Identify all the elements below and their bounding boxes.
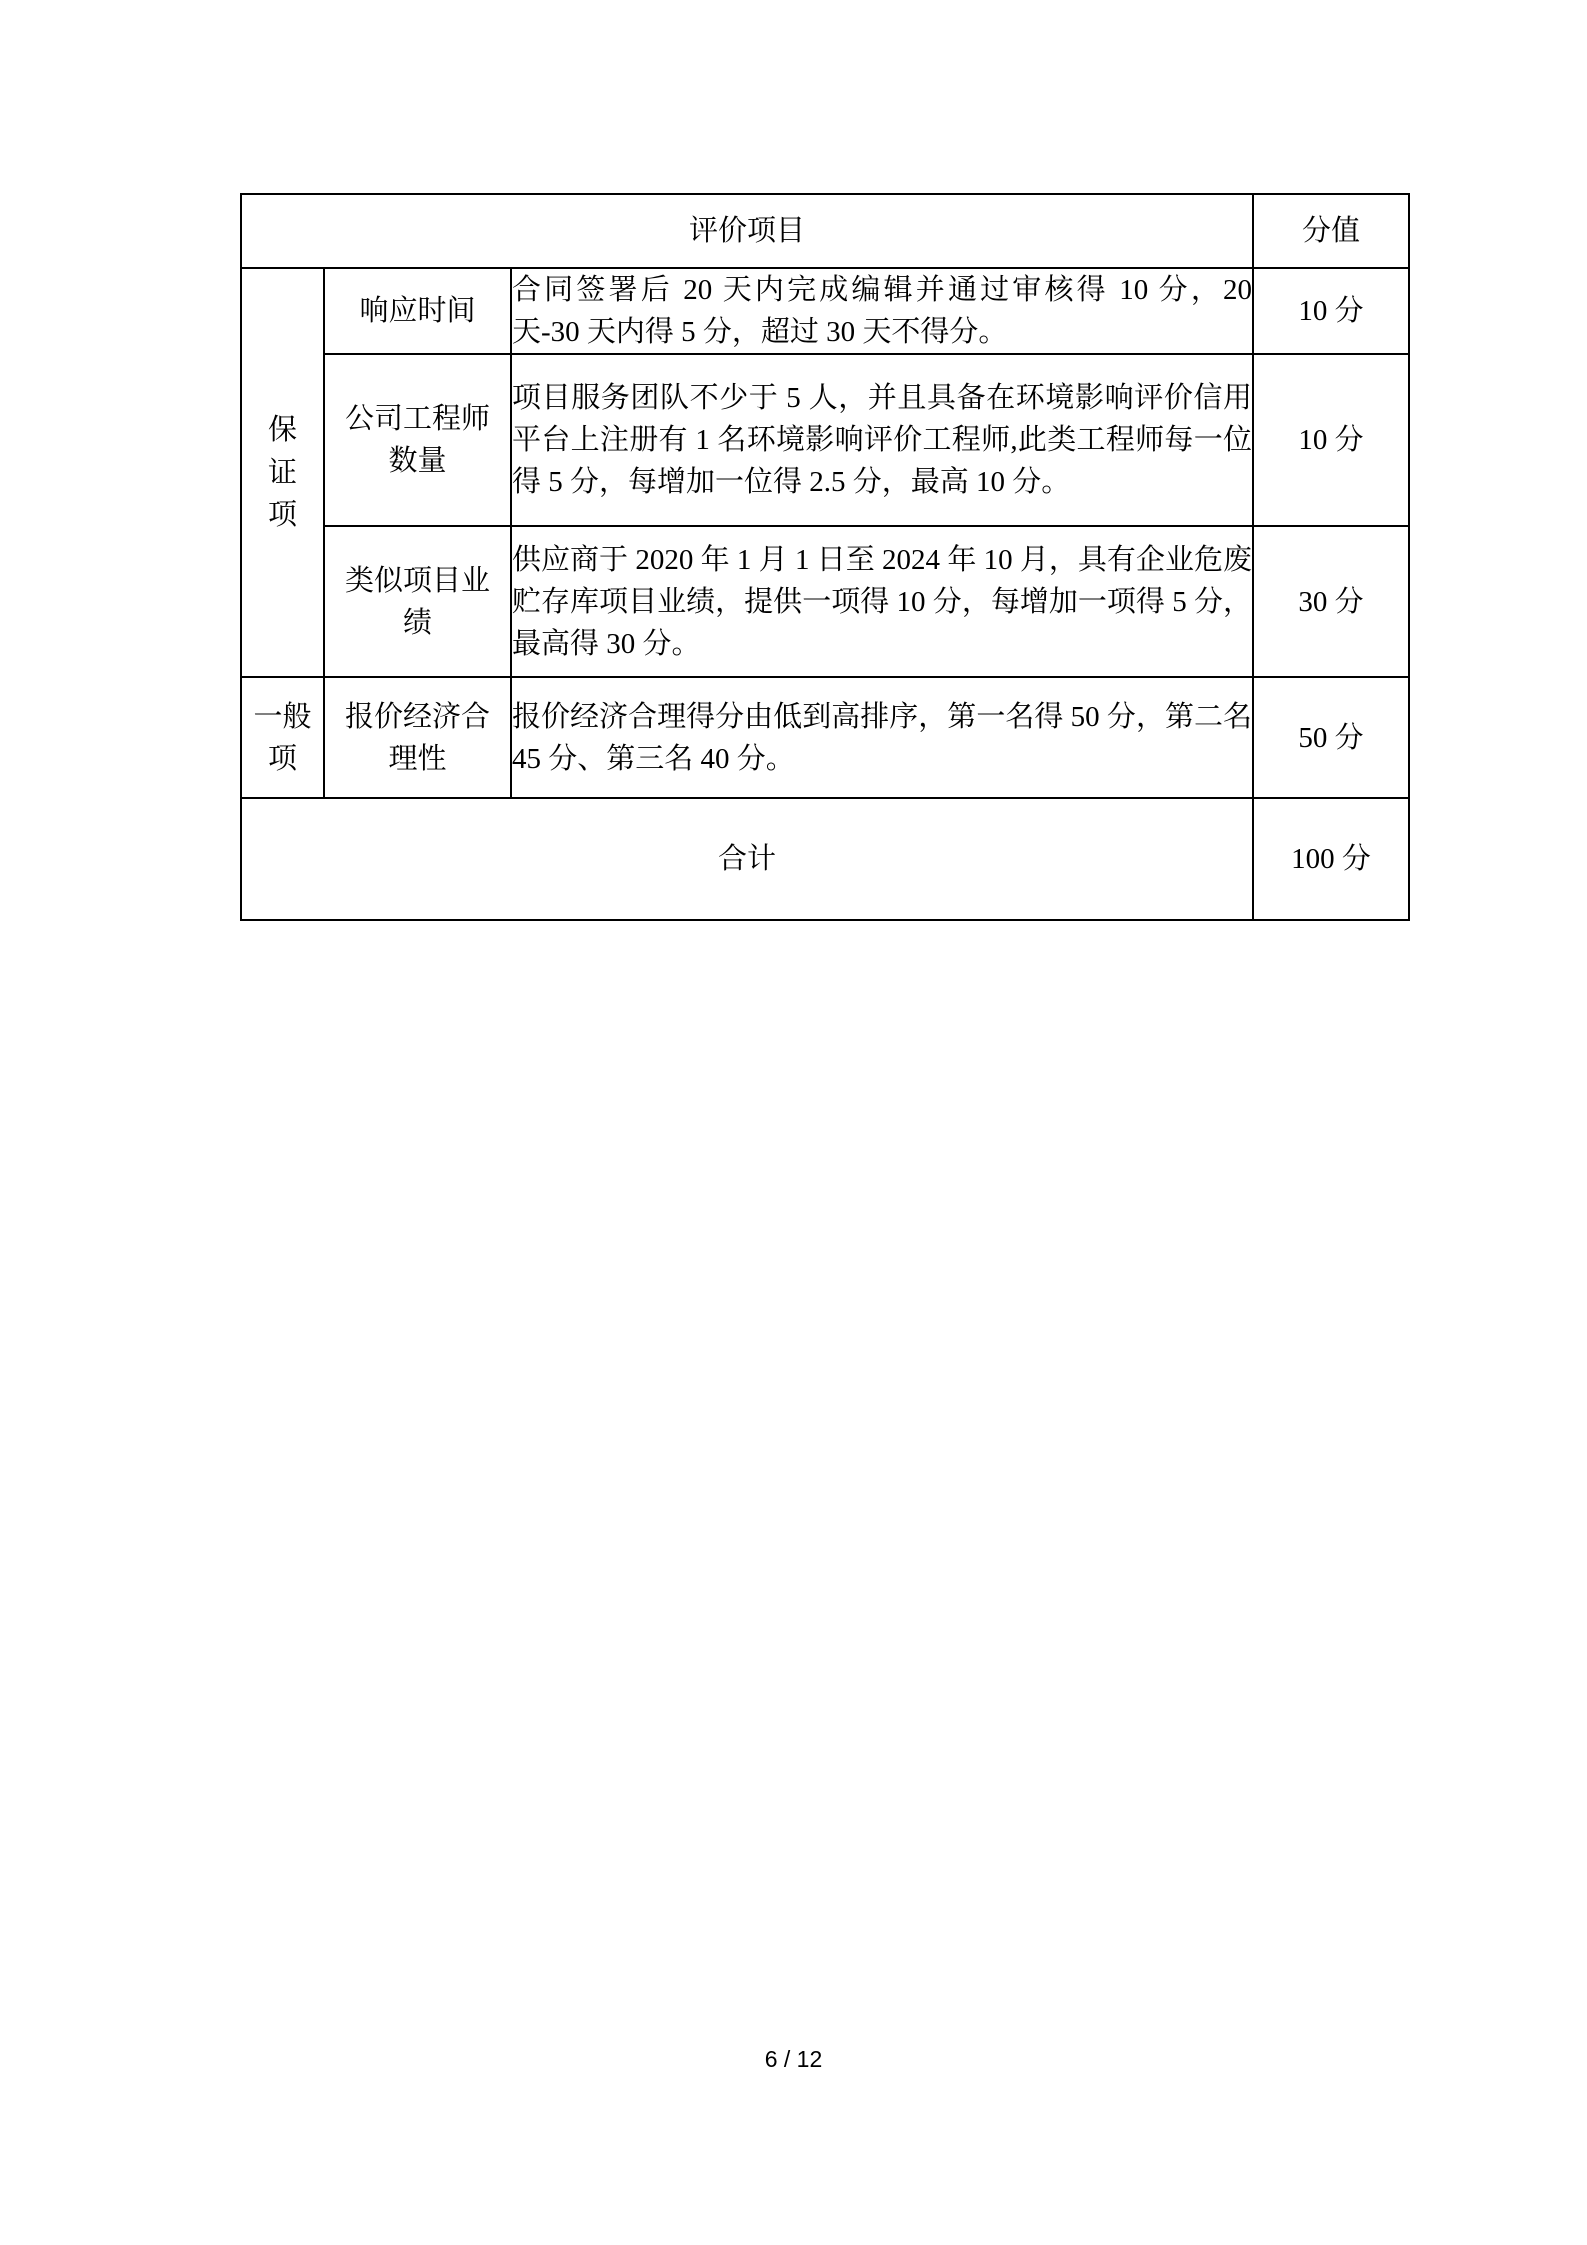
item-cell-company-engineers: 公司工程师 数量	[324, 354, 511, 526]
group-cell-guarantee-items: 保 证 项	[241, 268, 324, 677]
group-cell-general-items: 一般 项	[241, 677, 324, 798]
total-score-cell: 100 分	[1253, 798, 1409, 920]
description-cell-similar-projects: 供应商于 2020 年 1 月 1 日至 2024 年 10 月，具有企业危废贮…	[511, 526, 1253, 677]
score-cell-company-engineers: 10 分	[1253, 354, 1409, 526]
description-cell-company-engineers: 项目服务团队不少于 5 人，并且具备在环境影响评价信用平台上注册有 1 名环境影…	[511, 354, 1253, 526]
evaluation-table: 评价项目 分值 保 证 项 响应时间 合同签署后 20 天内完成编辑并通过审核得…	[240, 193, 1410, 921]
table-row-quotation-reasonableness: 一般 项 报价经济合 理性 报价经济合理得分由低到高排序，第一名得 50 分，第…	[241, 677, 1409, 798]
table-row-company-engineers: 公司工程师 数量 项目服务团队不少于 5 人，并且具备在环境影响评价信用平台上注…	[241, 354, 1409, 526]
item-cell-response-time: 响应时间	[324, 268, 511, 354]
item-cell-similar-projects: 类似项目业 绩	[324, 526, 511, 677]
table-header-row: 评价项目 分值	[241, 194, 1409, 268]
header-evaluation-items-cell: 评价项目	[241, 194, 1253, 268]
table-row-response-time: 保 证 项 响应时间 合同签署后 20 天内完成编辑并通过审核得 10 分，20…	[241, 268, 1409, 354]
score-cell-quotation-reasonableness: 50 分	[1253, 677, 1409, 798]
description-cell-response-time: 合同签署后 20 天内完成编辑并通过审核得 10 分，20 天-30 天内得 5…	[511, 268, 1253, 354]
score-cell-response-time: 10 分	[1253, 268, 1409, 354]
document-page: 评价项目 分值 保 证 项 响应时间 合同签署后 20 天内完成编辑并通过审核得…	[0, 0, 1587, 2245]
table-row-similar-projects: 类似项目业 绩 供应商于 2020 年 1 月 1 日至 2024 年 10 月…	[241, 526, 1409, 677]
description-cell-quotation-reasonableness: 报价经济合理得分由低到高排序，第一名得 50 分，第二名 45 分、第三名 40…	[511, 677, 1253, 798]
header-score-cell: 分值	[1253, 194, 1409, 268]
page-number: 6 / 12	[0, 2046, 1587, 2073]
score-cell-similar-projects: 30 分	[1253, 526, 1409, 677]
table-total-row: 合计 100 分	[241, 798, 1409, 920]
item-cell-quotation-reasonableness: 报价经济合 理性	[324, 677, 511, 798]
total-label-cell: 合计	[241, 798, 1253, 920]
